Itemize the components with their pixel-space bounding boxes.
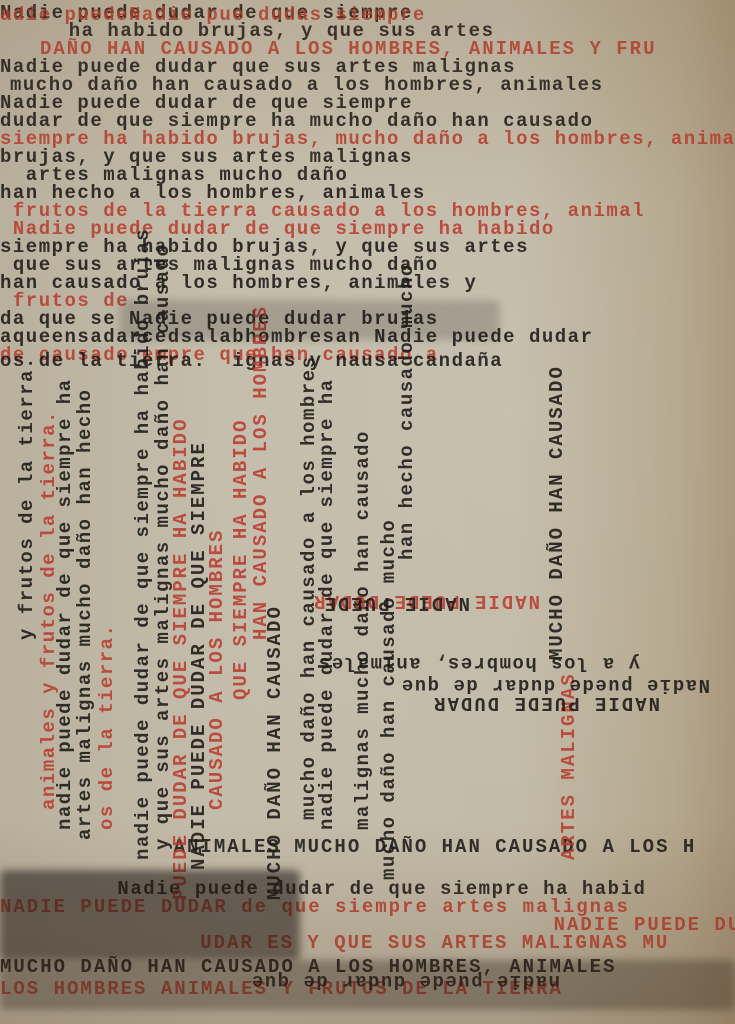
typed-line-vertical: CAUSADO A LOS HOMBRES bbox=[208, 529, 227, 810]
typed-line-vertical: MUCHO DAÑO HAN CAUSADO bbox=[548, 365, 567, 660]
typed-line-vertical: MUCHO DAÑO HAN CAUSADO bbox=[266, 605, 285, 900]
typed-line-inverted: y a los hombres, animales bbox=[317, 653, 640, 672]
ink-smudge bbox=[0, 960, 735, 1010]
typed-line-vertical: HAN CAUSADO A LOS HOMBRES bbox=[252, 305, 271, 640]
typed-line-vertical: malignas mucho daño han causado bbox=[354, 430, 373, 830]
typed-line-vertical: QUE SIEMPRE HA HABIDO bbox=[232, 419, 251, 700]
typed-line-vertical: mucho daño han causado mucho bbox=[380, 519, 399, 880]
typewritten-artwork: Nadie puede dudar de que siempreadie pue… bbox=[0, 0, 735, 1024]
typed-line-vertical: nadie puede dudar de que siempre ha bbox=[56, 378, 75, 830]
typed-line-vertical: artes malignas mucho daño han hecho bbox=[76, 388, 95, 840]
typed-line-inverted: NADIE PUEDE DUDAR bbox=[432, 693, 660, 712]
typed-line-vertical: os de la tierra. bbox=[98, 624, 117, 830]
ink-smudge bbox=[0, 870, 300, 960]
ink-smudge bbox=[120, 300, 500, 340]
typed-line-inverted: NADIE PUEDE bbox=[323, 593, 470, 612]
typed-line-vertical: y frutos de la tierra. bbox=[18, 356, 37, 640]
